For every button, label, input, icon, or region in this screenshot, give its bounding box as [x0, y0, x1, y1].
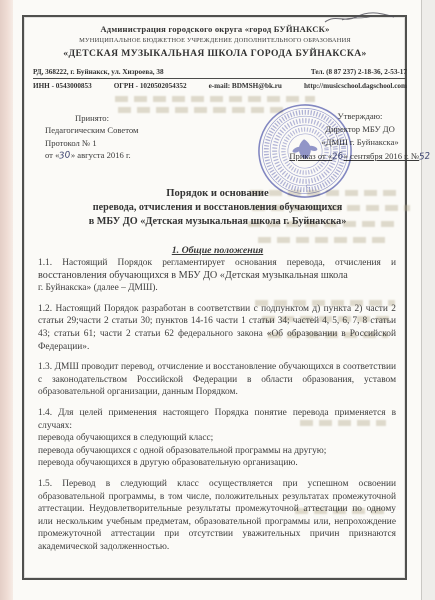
- paragraph-1-4-item: перевода обучающихся в другую образовате…: [38, 457, 396, 470]
- paragraph-1-4-item: перевода обучающихся в следующий класс;: [38, 432, 396, 445]
- accepted-date-line: от «30» августа 2016 г.: [45, 149, 215, 162]
- scan-right-margin: [422, 0, 435, 600]
- letterhead-administration: Администрация городского округа «город Б…: [30, 24, 400, 34]
- handwritten-order-number: 52: [418, 150, 431, 164]
- title-line2: перевода, отчисления и восстановления об…: [30, 202, 405, 213]
- document-body: 1.1. Настоящий Порядок регламентирует ос…: [38, 257, 396, 561]
- paragraph-1-3: 1.3. ДМШ проводит перевод, отчисление и …: [38, 361, 396, 399]
- title-line3: в МБУ ДО «Детская музыкальная школа г. Б…: [30, 216, 405, 227]
- contact-address: РД, 368222, г. Буйнакск, ул. Хизроева, 3…: [33, 68, 164, 76]
- paragraph-1-1-line2: восстановления обучающихся в МБУ ДО «Дет…: [38, 270, 396, 283]
- contact-email: e-mail: BDMSH@bk.ru: [209, 82, 282, 90]
- paragraph-1-1: 1.1. Настоящий Порядок регламентирует ос…: [38, 257, 396, 295]
- letterhead-school-name: «ДЕТСКАЯ МУЗЫКАЛЬНАЯ ШКОЛА ГОРОДА БУЙНАК…: [30, 48, 400, 59]
- paragraph-1-1-line3: г. Буйнакска» (далее – ДМШ).: [38, 282, 396, 295]
- paragraph-1-2: 1.2. Настоящий Порядок разработан в соот…: [38, 303, 396, 353]
- accepted-date-prefix: от «: [45, 150, 59, 160]
- paragraph-1-1-line1: 1.1. Настоящий Порядок регламентирует ос…: [38, 257, 396, 270]
- paragraph-1-5: 1.5. Перевод в следующий класс осуществл…: [38, 478, 396, 554]
- contact-block: РД, 368222, г. Буйнакск, ул. Хизроева, 3…: [33, 68, 407, 90]
- contact-website: http://musicschool.dagschool.com: [304, 82, 407, 90]
- contact-phone: Тел. (8 87 237) 2-18-36, 2-53-17: [311, 68, 407, 76]
- paragraph-1-4: 1.4. Для целей применения настоящего Пор…: [38, 407, 396, 470]
- section-heading-wrap: 1. Общие положения: [30, 240, 405, 258]
- scanned-document-page: Администрация городского округа «город Б…: [0, 0, 435, 600]
- accepted-title: Принято:: [45, 112, 215, 124]
- scan-spine-edge: [0, 0, 13, 600]
- handwritten-day: 30: [59, 150, 72, 164]
- accepted-protocol: Протокол № 1: [45, 137, 215, 149]
- contact-ogrn: ОГРН - 1020502054352: [114, 82, 187, 90]
- accepted-council: Педагогическим Советом: [45, 124, 215, 136]
- contact-row-ids: ИНН - 0543000853 ОГРН - 1020502054352 e-…: [33, 82, 407, 90]
- accepted-date-suffix: » августа 2016 г.: [71, 150, 131, 160]
- bleedthrough-text: [115, 96, 315, 102]
- paragraph-1-4-intro: 1.4. Для целей применения настоящего Пор…: [38, 407, 396, 432]
- title-line1: Порядок и основание: [30, 188, 405, 199]
- paragraph-1-4-item: перевода обучающихся с одной образовател…: [38, 445, 396, 458]
- letterhead: Администрация городского округа «город Б…: [30, 24, 400, 59]
- section-heading: 1. Общие положения: [172, 245, 263, 256]
- contact-inn: ИНН - 0543000853: [33, 82, 92, 90]
- contact-row-address: РД, 368222, г. Буйнакск, ул. Хизроева, 3…: [33, 68, 407, 79]
- letterhead-institution-type: МУНИЦИПАЛЬНОЕ БЮДЖЕТНОЕ УЧРЕЖДЕНИЕ ДОПОЛ…: [30, 37, 400, 44]
- stamp-center-emblem: [291, 138, 319, 160]
- document-title: Порядок и основание перевода, отчисления…: [30, 188, 405, 227]
- accepted-block: Принято: Педагогическим Советом Протокол…: [45, 112, 215, 163]
